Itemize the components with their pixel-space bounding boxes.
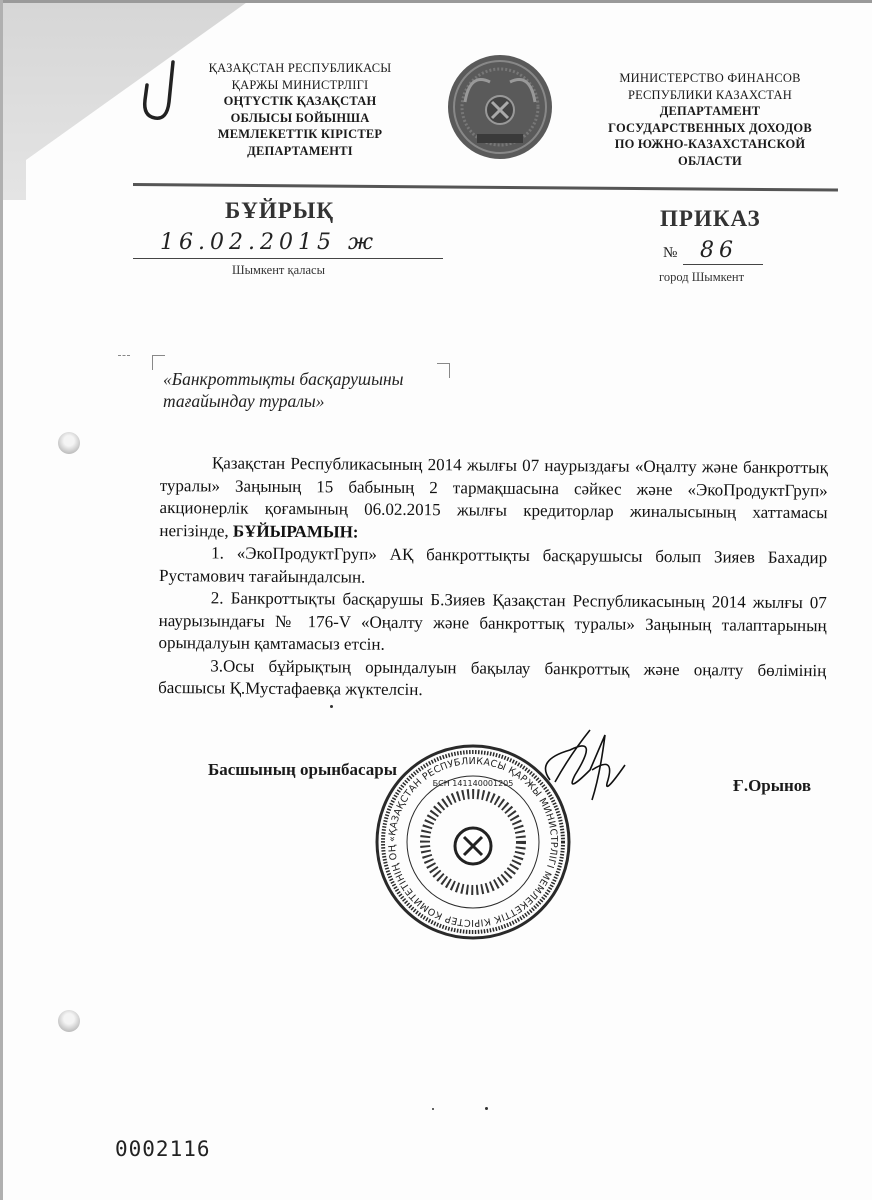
letterhead-ru-line: МИНИСТЕРСТВО ФИНАНСОВ xyxy=(595,70,825,87)
order-subject: «Банкроттықты басқарушыны тағайындау тур… xyxy=(163,368,453,412)
signatory-name: Ғ.Орынов xyxy=(733,776,811,796)
order-item-2: 2. Банкроттықты басқарушы Б.Зияев Қазақс… xyxy=(158,587,827,660)
order-date-handwritten: 16.02.2015 ж xyxy=(160,230,378,255)
order-title-russian: ПРИКАЗ xyxy=(660,206,761,232)
order-item-1: 1. «ЭкоПродуктГруп» АҚ банкроттықты басқ… xyxy=(159,542,827,592)
city-russian: город Шымкент xyxy=(659,270,744,285)
state-emblem-icon xyxy=(445,52,555,162)
number-underline xyxy=(683,264,763,265)
letterhead-kz-line: ОБЛЫСЫ БОЙЫНША xyxy=(190,110,410,127)
order-item-3: 3.Осы бұйрықтың орындалуын бақылау банкр… xyxy=(158,654,826,704)
letterhead-kz-line: ДЕПАРТАМЕНТІ xyxy=(190,143,410,160)
punch-hole xyxy=(58,432,80,454)
scan-edge-top xyxy=(0,0,872,3)
city-kazakh: Шымкент қаласы xyxy=(232,263,325,278)
order-title-kazakh: БҰЙРЫҚ xyxy=(225,198,334,224)
scan-speck xyxy=(485,1107,488,1110)
order-body: Қазақстан Республикасының 2014 жылғы 07 … xyxy=(158,452,828,705)
letterhead-kz-line: ҚАЗАҚСТАН РЕСПУБЛИКАСЫ xyxy=(190,60,410,77)
letterhead-ru-line: ГОСУДАРСТВЕННЫХ ДОХОДОВ xyxy=(595,120,825,137)
letterhead-ru-line: ПО ЮЖНО-КАЗАХСТАНСКОЙ xyxy=(595,136,825,153)
date-underline xyxy=(133,258,443,259)
stamp-bin: БСН 141140001205 xyxy=(433,779,514,788)
letterhead-kz-line: ҚАРЖЫ МИНИСТРЛІГІ xyxy=(190,77,410,94)
letterhead-kazakh: ҚАЗАҚСТАН РЕСПУБЛИКАСЫ ҚАРЖЫ МИНИСТРЛІГІ… xyxy=(190,60,410,159)
scan-edge-left xyxy=(0,0,3,1200)
scan-speck xyxy=(432,1108,434,1110)
letterhead-ru-line: ОБЛАСТИ xyxy=(595,153,825,170)
punch-hole xyxy=(58,1010,80,1032)
letterhead-kz-line: ОҢТҮСТІК ҚАЗАҚСТАН xyxy=(190,93,410,110)
letterhead-ru-line: РЕСПУБЛИКИ КАЗАХСТАН xyxy=(595,87,825,104)
letterhead-russian: МИНИСТЕРСТВО ФИНАНСОВ РЕСПУБЛИКИ КАЗАХСТ… xyxy=(595,70,825,169)
order-word: БҰЙЫРАМЫН: xyxy=(233,521,359,541)
order-number-handwritten: 86 xyxy=(700,238,738,263)
scan-speck xyxy=(330,705,333,708)
handwritten-signature-icon xyxy=(530,720,650,810)
corner-bracket-mark xyxy=(118,355,130,370)
signatory-position: Басшының орынбасары xyxy=(208,760,397,780)
letterhead-kz-line: МЕМЛЕКЕТТІК КІРІСТЕР xyxy=(190,126,410,143)
paperclip-icon xyxy=(135,60,185,125)
order-preamble: Қазақстан Республикасының 2014 жылғы 07 … xyxy=(159,452,828,547)
order-number-label: № xyxy=(663,245,677,262)
letterhead-ru-line: ДЕПАРТАМЕНТ xyxy=(595,103,825,120)
document-serial-number: 0002116 xyxy=(115,1137,211,1161)
